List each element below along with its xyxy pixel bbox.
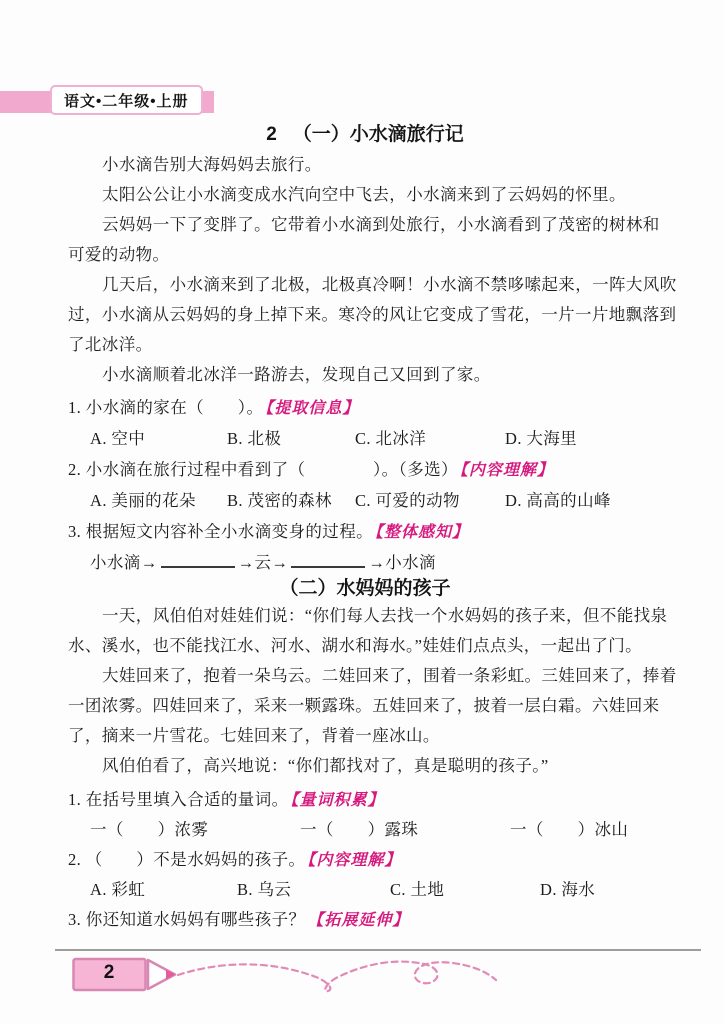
- option-item: A. 空中: [90, 423, 227, 454]
- header-badge: 语文•二年级•上册: [50, 85, 203, 115]
- option-item: C. 土地: [390, 875, 540, 905]
- question-stem: 1. 在括号里填入合适的量词。【量词积累】: [68, 785, 708, 815]
- option-item: D. 海水: [540, 875, 595, 905]
- section1-questions: 1. 小水滴的家在（ ）。【提取信息】 A. 空中 B. 北极 C. 北冰洋 D…: [68, 392, 708, 578]
- decorative-dashed-squiggle: [176, 951, 506, 997]
- question-text: 3. 根据短文内容补全小水滴变身的过程。: [68, 522, 373, 541]
- exercise-number: 2: [266, 124, 277, 145]
- header-badge-text: 语文•二年级•上册: [64, 90, 189, 111]
- option-item: C. 可爱的动物: [355, 485, 505, 516]
- option-item: D. 高高的山峰: [505, 485, 611, 516]
- section1-title: 2（一）小水滴旅行记: [68, 119, 662, 146]
- skill-tag: 【内容理解】: [307, 852, 401, 869]
- skill-tag: 【拓展延伸】: [307, 912, 409, 929]
- option-item: B. 茂密的森林: [227, 485, 355, 516]
- measure-word-item: 一（ ）浓雾: [90, 815, 300, 845]
- passage-line: 一团浓雾。四娃回来了，采来一颗露珠。五娃回来了，披着一层白霜。六娃回来: [68, 691, 708, 721]
- sequence-text: →云→: [238, 553, 289, 572]
- question-stem: 2. （ ）不是水妈妈的孩子。【内容理解】: [68, 845, 708, 875]
- question-text: 2. 小水滴在旅行过程中看到了（ ）。（多选）: [68, 460, 458, 479]
- passage-line: 小水滴顺着北冰洋一路游去，发现自己又回到了家。: [68, 360, 708, 390]
- question-text: 1. 小水滴的家在（ ）。: [68, 398, 263, 417]
- section2-title-text: （二）水妈妈的孩子: [279, 578, 450, 599]
- option-item: D. 大海里: [505, 423, 577, 454]
- measure-word-item: 一（ ）冰山: [510, 815, 628, 845]
- passage-line: 水、溪水，也不能找江水、河水、湖水和海水。”娃娃们点点头，一起出了门。: [68, 631, 708, 661]
- answer-blank: [291, 552, 365, 568]
- passage-line: 风伯伯看了，高兴地说：“你们都找对了，真是聪明的孩子。”: [68, 751, 708, 781]
- option-item: B. 乌云: [237, 875, 390, 905]
- section1-passage: 小水滴告别大海妈妈去旅行。 太阳公公让小水滴变成水汽向空中飞去，小水滴来到了云妈…: [68, 150, 708, 390]
- section2-passage: 一天，风伯伯对娃娃们说：“你们每人去找一个水妈妈的孩子来，但不能找泉 水、溪水，…: [68, 601, 708, 781]
- passage-line: 几天后，小水滴来到了北极，北极真冷啊！小水滴不禁哆嗦起来，一阵大风吹: [68, 270, 708, 300]
- sequence-text: →小水滴: [368, 553, 436, 572]
- skill-tag: 【量词积累】: [291, 792, 385, 809]
- question-stem: 1. 小水滴的家在（ ）。【提取信息】: [68, 392, 708, 423]
- passage-line: 一天，风伯伯对娃娃们说：“你们每人去找一个水妈妈的孩子来，但不能找泉: [68, 601, 708, 631]
- options-row: A. 彩虹 B. 乌云 C. 土地 D. 海水: [68, 875, 708, 905]
- option-item: B. 北极: [227, 423, 355, 454]
- skill-tag: 【提取信息】: [265, 400, 359, 417]
- answer-blank: [161, 552, 235, 568]
- section2-title: （二）水妈妈的孩子: [68, 573, 662, 600]
- option-item: A. 彩虹: [90, 875, 237, 905]
- passage-line: 大娃回来了，抱着一朵乌云。二娃回来了，围着一条彩虹。三娃回来了，捧着: [68, 661, 708, 691]
- section2-questions: 1. 在括号里填入合适的量词。【量词积累】 一（ ）浓雾 一（ ）露珠 一（ ）…: [68, 785, 708, 935]
- question-stem: 3. 根据短文内容补全小水滴变身的过程。【整体感知】: [68, 516, 708, 547]
- question-text: 2. （ ）不是水妈妈的孩子。: [68, 850, 305, 869]
- passage-line: 了北冰洋。: [68, 330, 708, 360]
- measure-word-row: 一（ ）浓雾 一（ ）露珠 一（ ）冰山: [68, 815, 708, 845]
- passage-line: 过，小水滴从云妈妈的身上掉下来。寒冷的风让它变成了雪花，一片一片地飘落到: [68, 300, 708, 330]
- options-row: A. 空中 B. 北极 C. 北冰洋 D. 大海里: [68, 423, 708, 454]
- section1-title-text: （一）小水滴旅行记: [293, 124, 464, 145]
- passage-line: 可爱的动物。: [68, 240, 708, 270]
- option-item: A. 美丽的花朵: [90, 485, 227, 516]
- passage-line: 太阳公公让小水滴变成水汽向空中飞去，小水滴来到了云妈妈的怀里。: [68, 180, 708, 210]
- question-text: 3. 你还知道水妈妈有哪些孩子？: [68, 910, 305, 929]
- sequence-text: 小水滴→: [90, 553, 158, 572]
- question-text: 1. 在括号里填入合适的量词。: [68, 790, 289, 809]
- question-stem: 2. 小水滴在旅行过程中看到了（ ）。（多选）【内容理解】: [68, 454, 708, 485]
- passage-line: 云妈妈一下了变胖了。它带着小水滴到处旅行，小水滴看到了茂密的树林和: [68, 210, 708, 240]
- option-item: C. 北冰洋: [355, 423, 505, 454]
- measure-word-item: 一（ ）露珠: [300, 815, 510, 845]
- workbook-page: 语文•二年级•上册 2（一）小水滴旅行记 小水滴告别大海妈妈去旅行。 太阳公公让…: [0, 0, 724, 1024]
- skill-tag: 【整体感知】: [375, 524, 469, 541]
- skill-tag: 【内容理解】: [460, 462, 554, 479]
- page-number-badge: 2: [72, 955, 184, 995]
- options-row: A. 美丽的花朵 B. 茂密的森林 C. 可爱的动物 D. 高高的山峰: [68, 485, 708, 516]
- page-number: 2: [72, 962, 146, 984]
- passage-line: 了，摘来一片雪花。七娃回来了，背着一座冰山。: [68, 721, 708, 751]
- question-stem: 3. 你还知道水妈妈有哪些孩子？【拓展延伸】: [68, 905, 708, 935]
- passage-line: 小水滴告别大海妈妈去旅行。: [68, 150, 708, 180]
